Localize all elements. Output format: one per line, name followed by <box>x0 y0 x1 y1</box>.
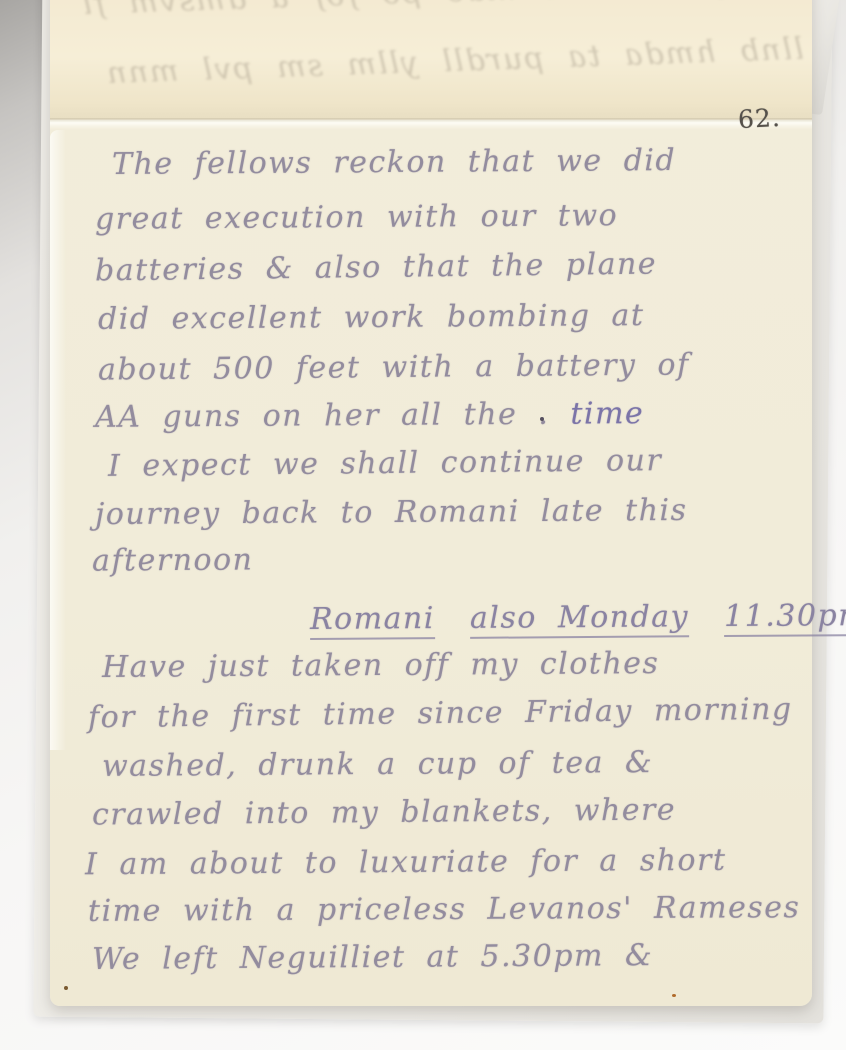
page-fold-strip: pb hngmlledl ao mdo po fof a dmsvm fl sw… <box>50 0 812 120</box>
handwritten-line: washed, drunk a cup of tea & <box>102 745 653 784</box>
paper-speck <box>64 986 68 990</box>
handwritten-line: journey back to Romani late this <box>95 493 688 532</box>
handwritten-line: We left Neguilliet at 5.30pm & <box>92 938 653 977</box>
page-number: 62. <box>737 103 781 134</box>
fold-crease <box>50 118 812 130</box>
bleedthrough-handwriting: pb hngmlledl ao mdo po fof a dmsvm fl <box>80 0 812 22</box>
handwritten-line: time with a priceless Levanos' Rameses <box>88 890 801 929</box>
bleedthrough-handwriting: swop llnb hmda ta purdll yllm sm pvl mnn <box>105 28 812 91</box>
handwritten-text: AA guns on her all the . <box>95 397 550 435</box>
heading-place: Romani <box>310 601 435 640</box>
handwritten-line: about 500 feet with a battery of <box>98 347 690 387</box>
heading-date: also Monday <box>470 599 689 639</box>
handwritten-line: I expect we shall continue our <box>108 443 663 484</box>
diary-page: pb hngmlledl ao mdo po fof a dmsvm fl sw… <box>50 0 812 1006</box>
handwritten-line: AA guns on her all the . time <box>95 396 644 435</box>
handwritten-line: afternoon <box>92 542 254 578</box>
handwritten-line: batteries & also that the plane <box>95 247 657 289</box>
handwritten-line: Have just taken off my clothes <box>102 646 660 685</box>
page-edge-curl <box>50 130 66 750</box>
handwritten-line: crawled into my blankets, where <box>92 792 676 832</box>
handwritten-line: I am about to luxuriate for a short <box>85 843 727 882</box>
photo-backdrop: pb hngmlledl ao mdo po fof a dmsvm fl sw… <box>0 0 846 1050</box>
handwritten-text-indelible-pencil: time <box>570 396 644 432</box>
handwritten-line: did excellent work bombing at <box>98 298 645 337</box>
ink-dot <box>540 417 544 421</box>
heading-time: 11.30pm <box>724 598 846 637</box>
entry-heading: Romani also Monday 11.30pm <box>310 598 846 640</box>
handwritten-line: for the first time since Friday morning <box>88 692 793 736</box>
paper-speck <box>672 994 676 997</box>
handwritten-line: The fellows reckon that we did <box>112 143 676 182</box>
handwritten-line: great execution with our two <box>95 198 618 237</box>
